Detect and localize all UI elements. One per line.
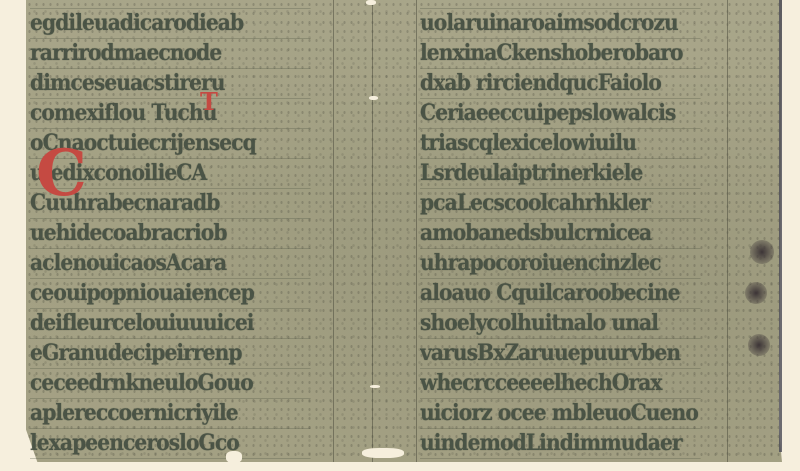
rubricated-initial: T bbox=[200, 90, 218, 114]
text-line: ceouipopniouaiencep bbox=[30, 279, 311, 309]
text-line: Ceriaeeccuipepslowalcis bbox=[420, 99, 701, 129]
text-line: aclenouicaosAcara bbox=[30, 249, 311, 279]
text-line: eGranudecipeirrenp bbox=[30, 339, 311, 369]
text-line: aloauo Cquilcaroobecine bbox=[420, 279, 701, 309]
text-line: pcaLecscoolcahrhkler bbox=[420, 189, 701, 219]
page-edge bbox=[779, 0, 782, 452]
text-line: whecrcceeeelhechOrax bbox=[420, 369, 701, 399]
text-line: lenxinaCkenshoberobaro bbox=[420, 39, 701, 69]
text-line: deifleurcelouiuuuicei bbox=[30, 309, 311, 339]
text-line bbox=[420, 0, 701, 9]
text-line: dimceseuacstireru bbox=[30, 69, 311, 99]
parchment-hole bbox=[366, 0, 376, 5]
fold-line bbox=[372, 0, 373, 462]
text-line: uiciorz ocee mbleuoCueno bbox=[420, 399, 701, 429]
parchment-hole bbox=[226, 451, 242, 463]
text-line: uehidecoabracriob bbox=[30, 219, 311, 249]
text-line: varusBxZaruuepuurvben bbox=[420, 339, 701, 369]
stain bbox=[745, 282, 767, 304]
parchment-hole bbox=[370, 385, 380, 388]
text-line: aplereccoernicriyile bbox=[30, 399, 311, 429]
text-line: rarrirodmaecnode bbox=[30, 39, 311, 69]
stain bbox=[750, 240, 774, 264]
text-line: uolaruinaroaimsodcrozu bbox=[420, 9, 701, 39]
left-text-column: egdileuadicarodieab rarrirodmaecnode dim… bbox=[30, 0, 335, 459]
rubricated-initial: C bbox=[36, 142, 87, 206]
parchment-hole bbox=[362, 448, 404, 458]
stain bbox=[748, 334, 770, 356]
right-text-column: uolaruinaroaimsodcrozu lenxinaCkenshober… bbox=[420, 0, 725, 459]
text-line: uindemodLindimmudaer bbox=[420, 429, 701, 459]
parchment-hole bbox=[369, 96, 378, 100]
text-line: lexapeencerosloGco bbox=[30, 429, 311, 459]
ruling-line bbox=[727, 0, 728, 462]
text-line: egdileuadicarodieab bbox=[30, 9, 311, 39]
text-line: comexiflou Tuchu bbox=[30, 99, 311, 129]
text-line: triascqlexicelowiuilu bbox=[420, 129, 701, 159]
text-line: amobanedsbulcrnicea bbox=[420, 219, 701, 249]
text-line: dxab rirciendqucFaiolo bbox=[420, 69, 701, 99]
text-line: shoelycolhuitnalo unal bbox=[420, 309, 701, 339]
text-line: Lsrdeulaiptrinerkiele bbox=[420, 159, 701, 189]
text-line: uhrapocoroiuencinzlec bbox=[420, 249, 701, 279]
ruling-line bbox=[416, 0, 417, 462]
text-line bbox=[30, 0, 311, 9]
text-line: ceceedrnkneuloGouo bbox=[30, 369, 311, 399]
